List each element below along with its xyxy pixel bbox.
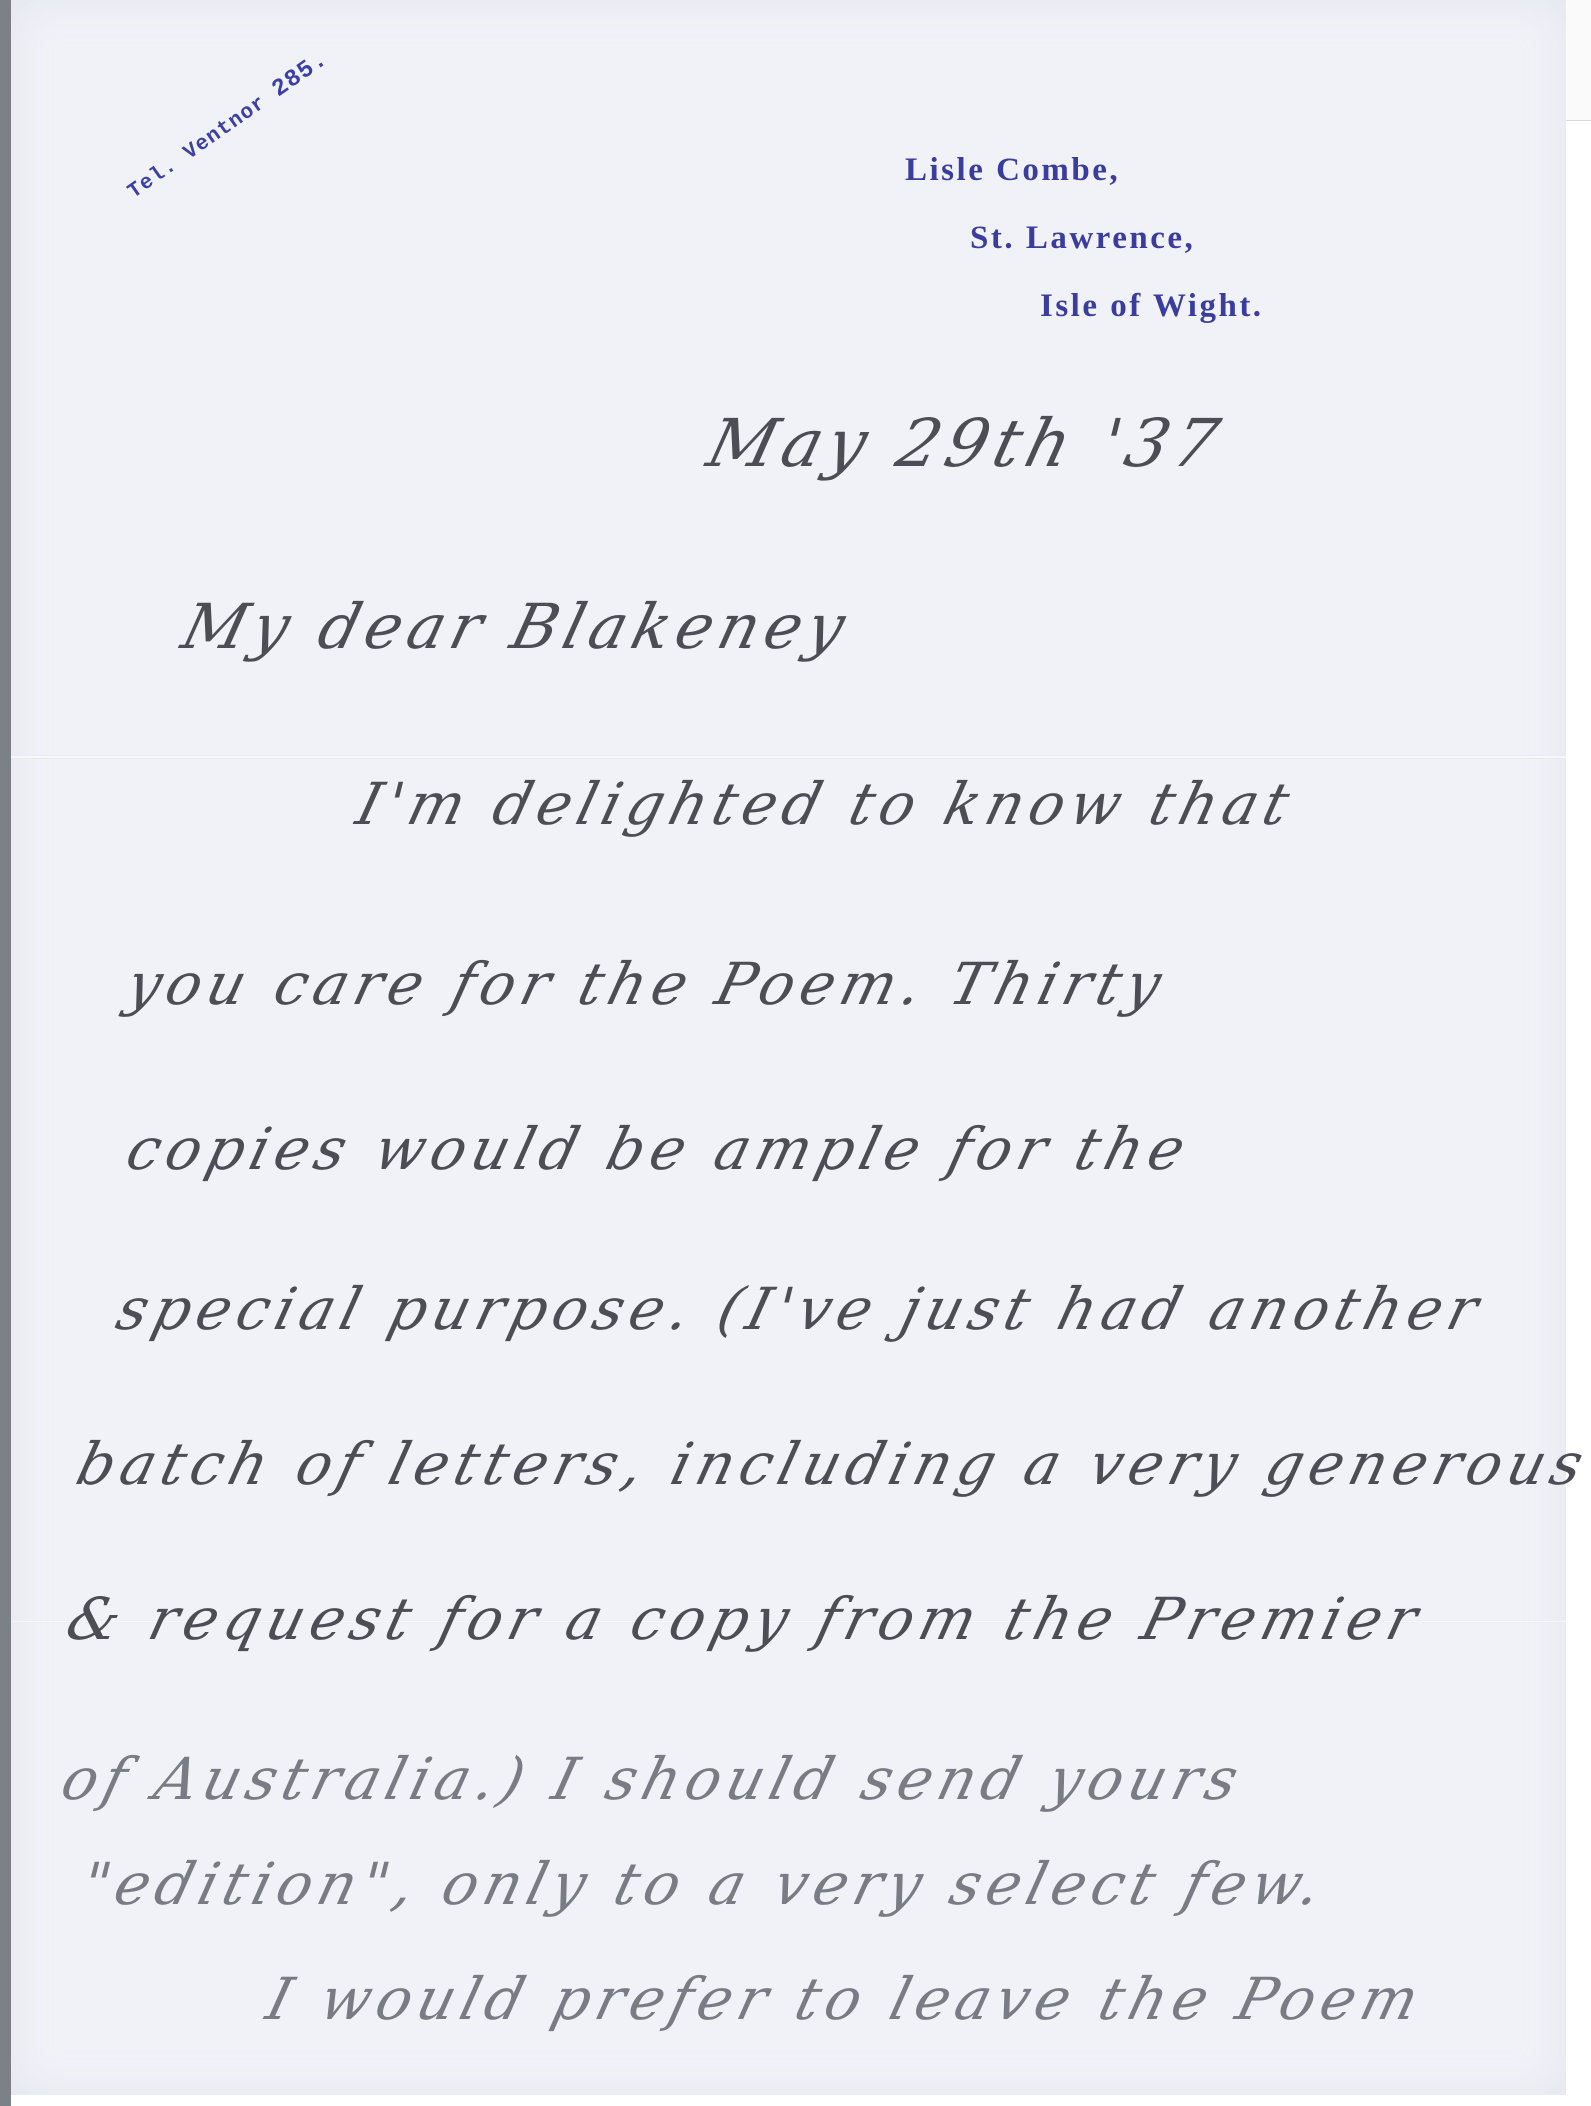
letter-body-line: "edition", only to a very select few. [75,1850,1334,1918]
letter-body-line: special purpose. (I've just had another [110,1275,1491,1343]
letter-body-line: I would prefer to leave the Poem [260,1965,1431,2033]
letterhead-address-line-1: Lisle Combe, [905,152,1120,189]
letter-body-line: copies would be ample for the [120,1115,1198,1183]
fold-crease [11,755,1566,759]
paper-edge-step [1566,0,1591,121]
letter-body-line: batch of letters, including a very gener… [70,1430,1591,1498]
letter-body-line: you care for the Poem. Thirty [120,950,1174,1018]
letter-body-line: I'm delighted to know that [350,770,1302,838]
letter-salutation: My dear Blakeney [175,590,858,663]
scan-edge [0,0,11,2106]
letter-date: May 29th '37 [700,405,1233,482]
letterhead-address-line-3: Isle of Wight. [1040,288,1264,325]
letter-body-line: & request for a copy from the Premier [60,1585,1430,1653]
letterhead-address-line-2: St. Lawrence, [970,220,1195,257]
letter-body-line: of Australia.) I should send yours [55,1745,1251,1813]
